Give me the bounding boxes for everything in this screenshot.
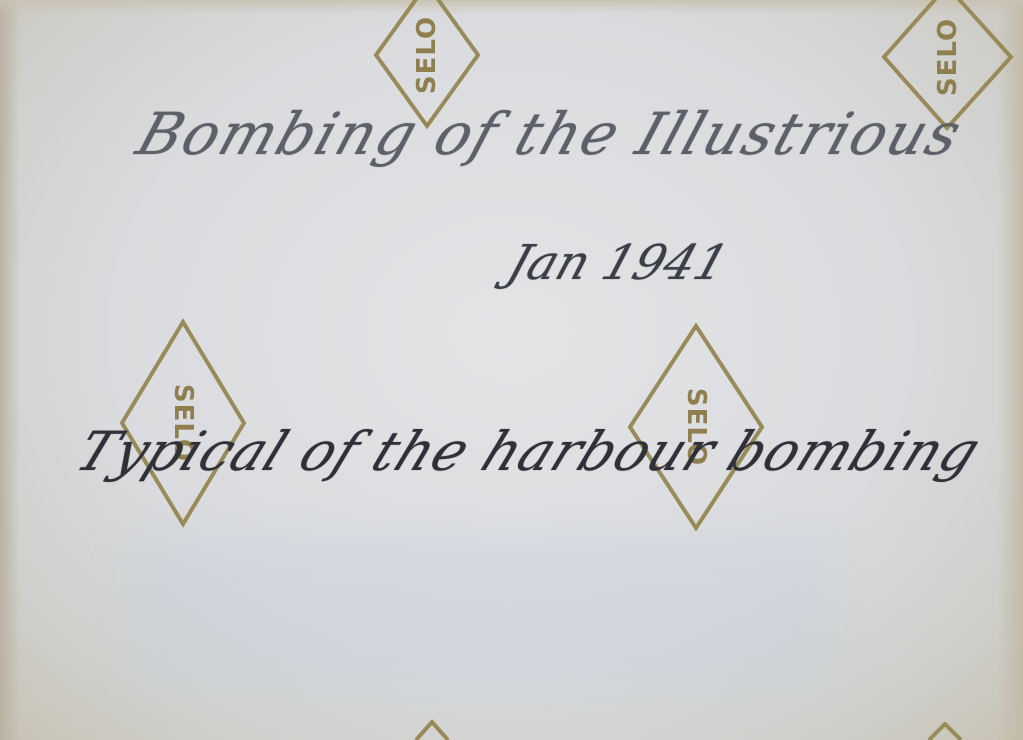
diamond-watermark-tip-icon bbox=[925, 722, 965, 740]
paper-stain bbox=[130, 540, 830, 690]
diamond-watermark-tip-icon bbox=[412, 718, 452, 740]
watermark-label: SELO bbox=[933, 18, 963, 96]
handwritten-caption-note: Typical of the harbour bombing bbox=[67, 420, 990, 483]
handwritten-caption-date: Jan 1941 bbox=[501, 235, 735, 291]
paper-edge-left bbox=[0, 0, 20, 740]
watermark-label: SELO bbox=[412, 16, 442, 94]
photo-back-paper: SELO SELO SELO SELO Bombing of the Illus… bbox=[0, 0, 1023, 740]
handwritten-caption-title: Bombing of the Illustrious bbox=[129, 100, 971, 168]
paper-edge-top bbox=[0, 0, 1023, 14]
